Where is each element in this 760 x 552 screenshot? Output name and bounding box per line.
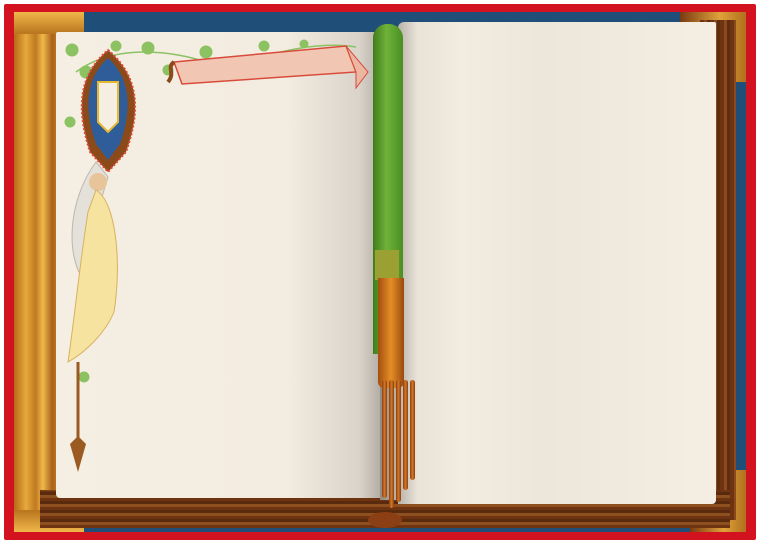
- gold-corner-top-left: [14, 12, 84, 34]
- illuminated-book-illustration: [0, 0, 760, 552]
- gold-spine-left: [14, 12, 62, 532]
- tassel-strand: [410, 380, 415, 480]
- right-page: [398, 22, 716, 504]
- tassel-strand: [382, 380, 387, 498]
- staff-finial: [70, 436, 86, 472]
- book-clasp: [368, 512, 402, 528]
- tassel-strand: [389, 380, 394, 508]
- angel-head: [89, 173, 107, 191]
- tassel-strand: [403, 380, 408, 490]
- blank-shield: [98, 82, 118, 132]
- ribbon-gold-embroidery: [375, 250, 399, 280]
- ribbon-gold-end: [378, 278, 404, 388]
- tassel-strand: [396, 380, 401, 502]
- angel-shield-ornament: [56, 32, 386, 492]
